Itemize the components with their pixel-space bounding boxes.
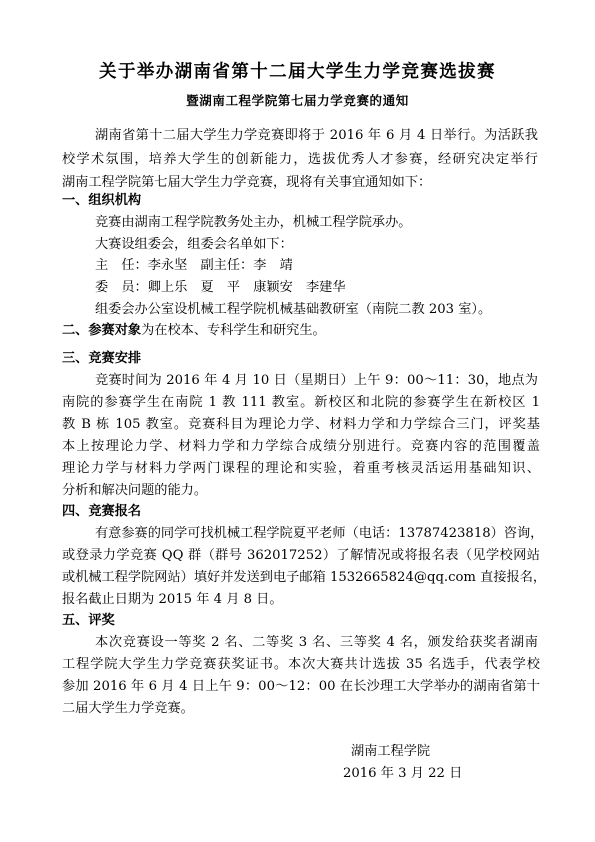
section-line: 竞赛由湖南工程学院教务处主办，机械工程学院承办。 (95, 215, 412, 231)
section-line: 或机械工程学院网站）填好并发送到电子邮箱 1532665824@qq.com 直… (62, 570, 540, 586)
section-line: 主 任：李永坚 副主任：李 靖 (95, 258, 293, 274)
section-heading: 五、评奖 (62, 613, 115, 629)
section-line: 委 员：卿上乐 夏 平 康颖安 李建华 (95, 280, 346, 296)
section-line: 分析和解决问题的能力。 (62, 483, 207, 499)
section-line: 竞赛时间为 2016 年 4 月 10 日（星期日）上午 9：00～11：30，… (95, 373, 538, 389)
section-line: 或登录力学竞赛 QQ 群（群号 362017252）了解情况或将报名表（见学校网… (62, 548, 540, 564)
section-heading: 二、参赛对象 (62, 323, 141, 338)
intro-line: 湖南省第十二届大学生力学竞赛即将于 2016 年 6 月 4 日举行。为活跃我 (95, 128, 538, 144)
section-line: 本次竞赛设一等奖 2 名、二等奖 3 名、三等奖 4 名，颁发给获奖者湖南 (95, 635, 538, 651)
section-line: 教 B 栋 105 教室。竞赛科目为理论力学、材料力学和力学综合三门，评奖基 (62, 417, 540, 433)
section-line: 有意参赛的同学可找机械工程学院夏平老师（电话：13787423818）咨询， (95, 526, 538, 542)
section-heading: 一、组织机构 (62, 193, 141, 209)
section-line: 组委会办公室设机械工程学院机械基础教研室（南院二教 203 室）。 (95, 302, 491, 318)
section-line: 大赛设组委会，组委会名单如下： (95, 237, 293, 253)
document-subtitle: 暨湖南工程学院第七届力学竞赛的通知 (0, 91, 595, 109)
section-heading: 四、竞赛报名 (62, 504, 141, 520)
section-heading: 三、竞赛安排 (62, 351, 141, 367)
section-line: 参加 2016 年 6 月 4 日上午 9：00～12：00 在长沙理工大学举办… (62, 679, 540, 695)
signature-org: 湖南工程学院 (351, 744, 430, 760)
section-line: 南院的参赛学生在南院 1 教 111 教室。新校区和北院的参赛学生在新校区 1 (62, 395, 540, 411)
section-heading-tail: 为在校本、专科学生和研究生。 (141, 323, 326, 338)
section-participants: 二、参赛对象为在校本、专科学生和研究生。 (62, 323, 326, 339)
section-line: 二届大学生力学竞赛。 (62, 701, 194, 717)
section-line: 理论力学与材料力学两门课程的理论和实验，着重考核灵活运用基础知识、 (62, 461, 540, 477)
section-line: 本上按理论力学、材料力学和力学综合成绩分别进行。竞赛内容的范围覆盖 (62, 439, 540, 455)
section-line: 报名截止日期为 2015 年 4 月 8 日。 (62, 592, 283, 608)
intro-line: 校学术氛围，培养大学生的创新能力，选拔优秀人才参赛，经研究决定举行 (62, 152, 538, 168)
document-title: 关于举办湖南省第十二届大学生力学竞赛选拔赛 (0, 58, 595, 83)
intro-line: 湖南工程学院第七届大学生力学竞赛，现将有关事宜通知如下： (62, 175, 431, 191)
signature-date: 2016 年 3 月 22 日 (343, 766, 462, 782)
section-line: 工程学院大学生力学竞赛获奖证书。本次大赛共计选拔 35 名选手，代表学校 (62, 657, 540, 673)
